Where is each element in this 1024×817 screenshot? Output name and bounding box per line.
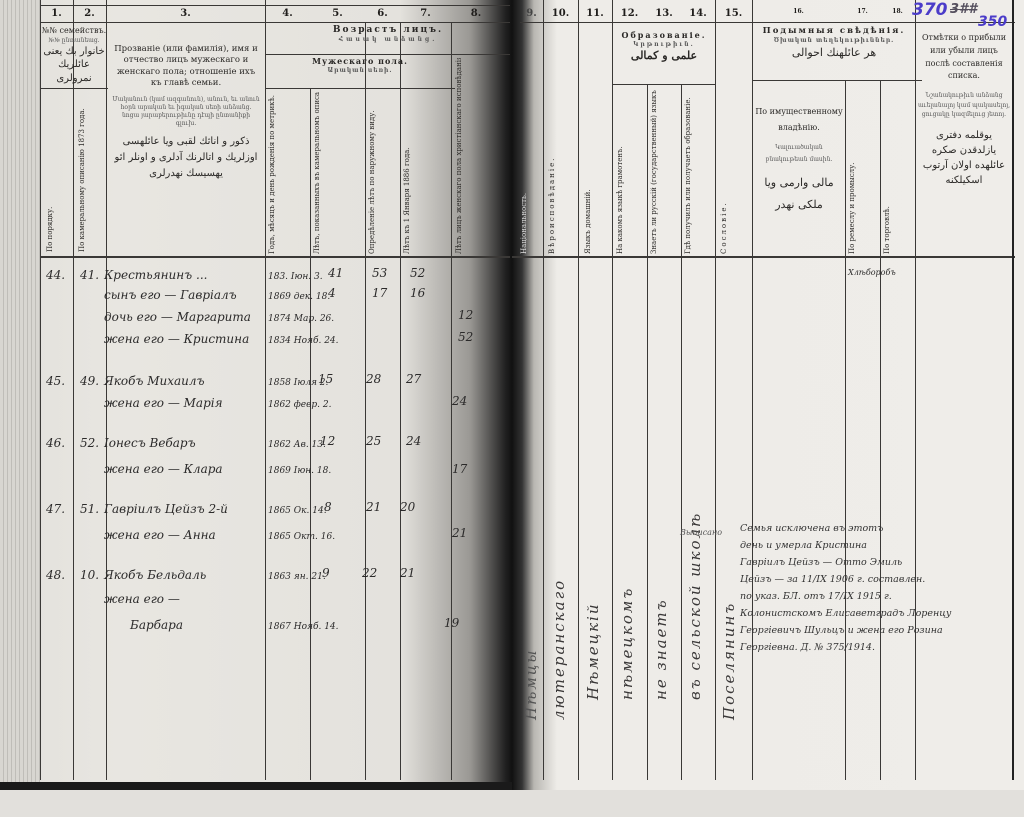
- annotation-line: по указ. БЛ. отъ 17/IX 1915 г.: [740, 588, 1015, 605]
- age-1886: 27: [406, 372, 421, 386]
- person-name: Гавріилъ Цейзъ 2-й: [104, 502, 228, 516]
- birth-date: 1867 Нояб. 14.: [268, 622, 339, 632]
- extra-info-header-tatar: هر عائلهنك احوالى: [753, 46, 915, 61]
- col18-header: По торговлѣ.: [883, 140, 913, 254]
- column-number-11: 11.: [578, 8, 612, 19]
- marginal-note: Выписано: [680, 528, 722, 537]
- person-name: Іонесъ Вебаръ: [104, 436, 196, 450]
- female-age: 12: [458, 308, 473, 322]
- person-name: жена его — Анна: [104, 528, 216, 542]
- age-1886: 24: [406, 434, 421, 448]
- person-name: жена его — Клара: [104, 462, 223, 476]
- person-name: Якобъ Михаилъ: [104, 374, 205, 388]
- camera-no: 10.: [80, 568, 99, 582]
- column-number-10: 10.: [543, 8, 578, 19]
- age-camera: 12: [320, 434, 335, 448]
- rule: [365, 22, 366, 780]
- col15-header: Сословіе.: [720, 160, 748, 254]
- column-number-18: 18.: [880, 8, 915, 15]
- col3-header-armenian: Մականուն (կամ ազգանուն), անուն, եւ անուն…: [112, 96, 260, 128]
- rule: [265, 88, 455, 89]
- col11-header: Языкъ домашній.: [584, 130, 608, 254]
- person-name: Крестьянинъ ...: [104, 268, 207, 282]
- column-number-6: 6.: [365, 8, 400, 19]
- education-header-armenian: Կրթութիւն.: [613, 41, 715, 49]
- female-age: 21: [452, 526, 467, 540]
- column-number-9: 9.: [520, 8, 543, 19]
- rule: [578, 0, 579, 780]
- female-age: 24: [452, 394, 467, 408]
- age-camera: 15: [318, 372, 333, 386]
- col5-header: Лѣтъ, показанныхъ въ камеральномъ описан…: [313, 92, 361, 254]
- column-number-8: 8.: [451, 8, 501, 19]
- annotation-line: день и умерла Кристина: [740, 537, 1015, 554]
- col2-header: По камеральному описанію 1873 года.: [78, 92, 102, 252]
- col19-header-title: Отмѣтки о прибыли или убыли лицъ послѣ с…: [922, 33, 1006, 80]
- age-appearance: 28: [366, 372, 381, 386]
- rule: [400, 22, 401, 780]
- header-bottom-rule: [40, 256, 510, 258]
- education-header-tatar: علمى و كمالى: [613, 49, 715, 64]
- age-camera: 4: [328, 286, 336, 300]
- education-header-title: Образованіе.: [621, 30, 706, 40]
- age-appearance: 53: [372, 266, 387, 280]
- education-header: Образованіе. Կրթութիւն. علمى و كمالى: [613, 30, 715, 64]
- book-page-edges: [0, 0, 40, 790]
- entry-no: 44.: [46, 268, 65, 282]
- male-header-title: Мужескаго пола.: [312, 56, 408, 66]
- birth-date: 1863 ян. 21.: [268, 572, 326, 582]
- col14-header: Гдѣ получилъ или получаетъ образованіе.: [684, 90, 712, 254]
- col1-header: По порядку.: [46, 92, 68, 252]
- extra-info-header: Подымныя свѣдѣнія. Ծխական տեղեկութիւններ…: [753, 26, 915, 60]
- age-camera: 9: [322, 566, 330, 580]
- column-number-15: 15.: [715, 8, 752, 19]
- col13-header: Знаетъ ли русскій (государственный) язык…: [650, 90, 678, 254]
- camera-no: 52.: [80, 436, 99, 450]
- person-name: дочь его — Маргарита: [104, 310, 251, 324]
- rule: [310, 88, 311, 780]
- rule: [1012, 0, 1014, 780]
- entry-no: 47.: [46, 502, 65, 516]
- annotation-line: Колонистскомъ Елисаветградъ Лоренцу: [740, 605, 1015, 622]
- column-number-4: 4.: [265, 8, 310, 19]
- rule: [543, 0, 544, 780]
- age-1886: 20: [400, 500, 415, 514]
- nationality-entry: Нѣмцы: [522, 380, 540, 720]
- education-place-entry: въ сельской школѣ: [686, 340, 704, 700]
- rule: [73, 0, 74, 780]
- birth-date: 183. Іюн. 3.: [268, 272, 323, 282]
- column-number-16: 16.: [752, 8, 845, 15]
- rule: [752, 0, 753, 780]
- age-appearance: 17: [372, 286, 387, 300]
- person-name: Барбара: [130, 618, 183, 632]
- rule: [40, 88, 108, 89]
- column-number-14: 14.: [681, 8, 715, 19]
- age-1886: 21: [400, 566, 415, 580]
- birth-date: 1862 Ав. 13.: [268, 440, 326, 450]
- rule: [612, 0, 613, 780]
- folio-stamp: 370: [912, 0, 948, 20]
- col7-header: Лѣтъ къ 1 Января 1886 года.: [403, 92, 448, 254]
- age-camera: 8: [324, 500, 332, 514]
- rule: [40, 22, 510, 23]
- col16-header: По имущественному владѣнію. Կալուածական …: [755, 104, 843, 216]
- person-name: жена его — Кристина: [104, 332, 249, 346]
- female-age: 52: [458, 330, 473, 344]
- home-language-entry: Нѣмецкій: [584, 400, 602, 700]
- age-camera: 41: [328, 266, 343, 280]
- entry-no: 46.: [46, 436, 65, 450]
- col10-header: Вѣроисповѣданіе.: [548, 100, 574, 254]
- age-header: Возрастъ лицъ. Հասակ անձանց.: [266, 24, 510, 44]
- female-age: 19: [444, 616, 459, 630]
- rule: [647, 84, 648, 780]
- annotation-line: Цейзъ — за 11/IX 1906 г. составлен.: [740, 571, 1015, 588]
- person-name: жена его — Марія: [104, 396, 223, 410]
- annotation-line: Георгіевичъ Шульцъ и жена его Розина: [740, 622, 1015, 639]
- rule: [265, 0, 266, 780]
- column-number-1: 1.: [40, 8, 73, 19]
- age-header-armenian: Հասակ անձանց.: [266, 36, 510, 44]
- age-appearance: 21: [366, 500, 381, 514]
- column-number-17: 17.: [845, 8, 880, 15]
- col3-header-tatar: ذكور و اناثك لقبى ويا عائلهسى اوزلريك و …: [112, 134, 260, 182]
- col19-header-armenian: Նշանակութիւն անձանց աւելանալոյ կամ պակաս…: [917, 91, 1011, 120]
- birth-date: 1865 Окт. 16.: [268, 532, 335, 542]
- folio-alt: 350: [978, 14, 1007, 30]
- literacy-language-entry: нѣмецкомъ: [618, 380, 636, 700]
- col19-header-tatar: يوقلمه دفترى يازلدقدن صكره عائلهده اولان…: [917, 128, 1011, 188]
- birth-date: 1869 дек. 18.: [268, 292, 330, 302]
- entry-no: 45.: [46, 374, 65, 388]
- estate-entry: Поселянинъ: [720, 380, 738, 720]
- rule: [752, 80, 922, 81]
- rule: [880, 80, 881, 780]
- female-age: 17: [452, 462, 467, 476]
- removal-annotation: Семья исключена въ этотъ день и умерла К…: [740, 520, 1015, 656]
- families-header-tatar: خانوار بك يعنى عائلريك نمرولرى: [41, 45, 107, 86]
- entry-no: 48.: [46, 568, 65, 582]
- col16-header-title: По имущественному владѣнію.: [755, 107, 842, 132]
- age-appearance: 22: [362, 566, 377, 580]
- rule: [612, 84, 715, 85]
- male-header-armenian: Արական սեռի.: [266, 67, 454, 75]
- col12-header: На какомъ языкѣ грамотенъ.: [616, 90, 644, 254]
- birth-date: 1865 Ок. 14.: [268, 506, 327, 516]
- column-number-12: 12.: [612, 8, 647, 19]
- extra-info-header-title: Подымныя свѣдѣнія.: [763, 26, 906, 36]
- birth-date: 1869 Іюн. 18.: [268, 466, 331, 476]
- trade-entry: Хлѣборобъ: [848, 268, 896, 277]
- birth-date: 1862 февр. 2.: [268, 400, 331, 410]
- camera-no: 49.: [80, 374, 99, 388]
- annotation-line: Гавріилъ Цейзъ — Отто Эмиль: [740, 554, 1015, 571]
- col16-header-tatar: مالى وارمى ويا ملكى نهدر: [755, 172, 843, 216]
- families-header: №№ семействъ. №№ ընտանեաց. خانوار بك يعن…: [41, 26, 107, 85]
- religion-entry: лютеранскаго: [550, 380, 568, 720]
- column-number-3: 3.: [106, 8, 265, 19]
- col3-header-title: Прозваніе (или фамилія), имя и отчество …: [114, 44, 258, 88]
- birth-date: 1834 Нояб. 24.: [268, 336, 339, 346]
- rule: [915, 0, 916, 780]
- rule: [40, 0, 41, 780]
- rule: [681, 84, 682, 780]
- col16-header-armenian: Կալուածական բնակութեան մասին.: [755, 142, 843, 166]
- header-bottom-rule: [512, 256, 1015, 258]
- age-1886: 16: [410, 286, 425, 300]
- person-name: сынъ его — Гавріалъ: [104, 288, 237, 302]
- birth-date: 1874 Мар. 26.: [268, 314, 334, 324]
- column-number-2: 2.: [73, 8, 106, 19]
- col9-header: Національность.: [520, 60, 542, 254]
- col8-header: Лѣтъ лицъ женскаго пола христіанскаго ис…: [455, 58, 497, 254]
- column-number-13: 13.: [647, 8, 681, 19]
- age-1886: 52: [410, 266, 425, 280]
- annotation-line: Семья исключена въ этотъ: [740, 520, 1015, 537]
- col6-header: Опредѣленіе лѣтъ по наружному виду.: [368, 92, 398, 254]
- rule: [40, 5, 510, 6]
- person-name: Якобъ Бельдаль: [104, 568, 206, 582]
- families-header-armenian: №№ ընտանեաց.: [41, 37, 107, 45]
- rule: [106, 0, 107, 780]
- rule: [265, 54, 510, 55]
- annotation-line: Георгіевна. Д. № 375/1914.: [740, 639, 1015, 656]
- age-header-title: Возрастъ лицъ.: [333, 25, 443, 35]
- extra-info-header-armenian: Ծխական տեղեկութիւններ.: [753, 37, 915, 45]
- rule: [520, 22, 1015, 23]
- russian-knowledge-entry: не знаетъ: [652, 380, 670, 700]
- column-number-7: 7.: [400, 8, 451, 19]
- camera-no: 41.: [80, 268, 99, 282]
- male-header: Мужескаго пола. Արական սեռի.: [266, 56, 454, 75]
- person-name: жена его —: [104, 592, 180, 606]
- rule: [845, 80, 846, 780]
- column-number-5: 5.: [310, 8, 365, 19]
- scan-margin: [0, 790, 1024, 817]
- families-header-title: №№ семействъ.: [42, 26, 106, 35]
- rule: [715, 0, 716, 780]
- camera-no: 51.: [80, 502, 99, 516]
- col19-header: Отмѣтки о прибыли или убыли лицъ послѣ с…: [917, 32, 1011, 188]
- col4-header: Годъ, мѣсяцъ и день рожденія по метрикѣ.: [268, 92, 308, 254]
- folio-struck: 3##: [950, 2, 977, 17]
- col17-header: По ремеслу и промыслу.: [848, 110, 878, 254]
- age-appearance: 25: [366, 434, 381, 448]
- col3-header: Прозваніе (или фамилія), имя и отчество …: [112, 44, 260, 182]
